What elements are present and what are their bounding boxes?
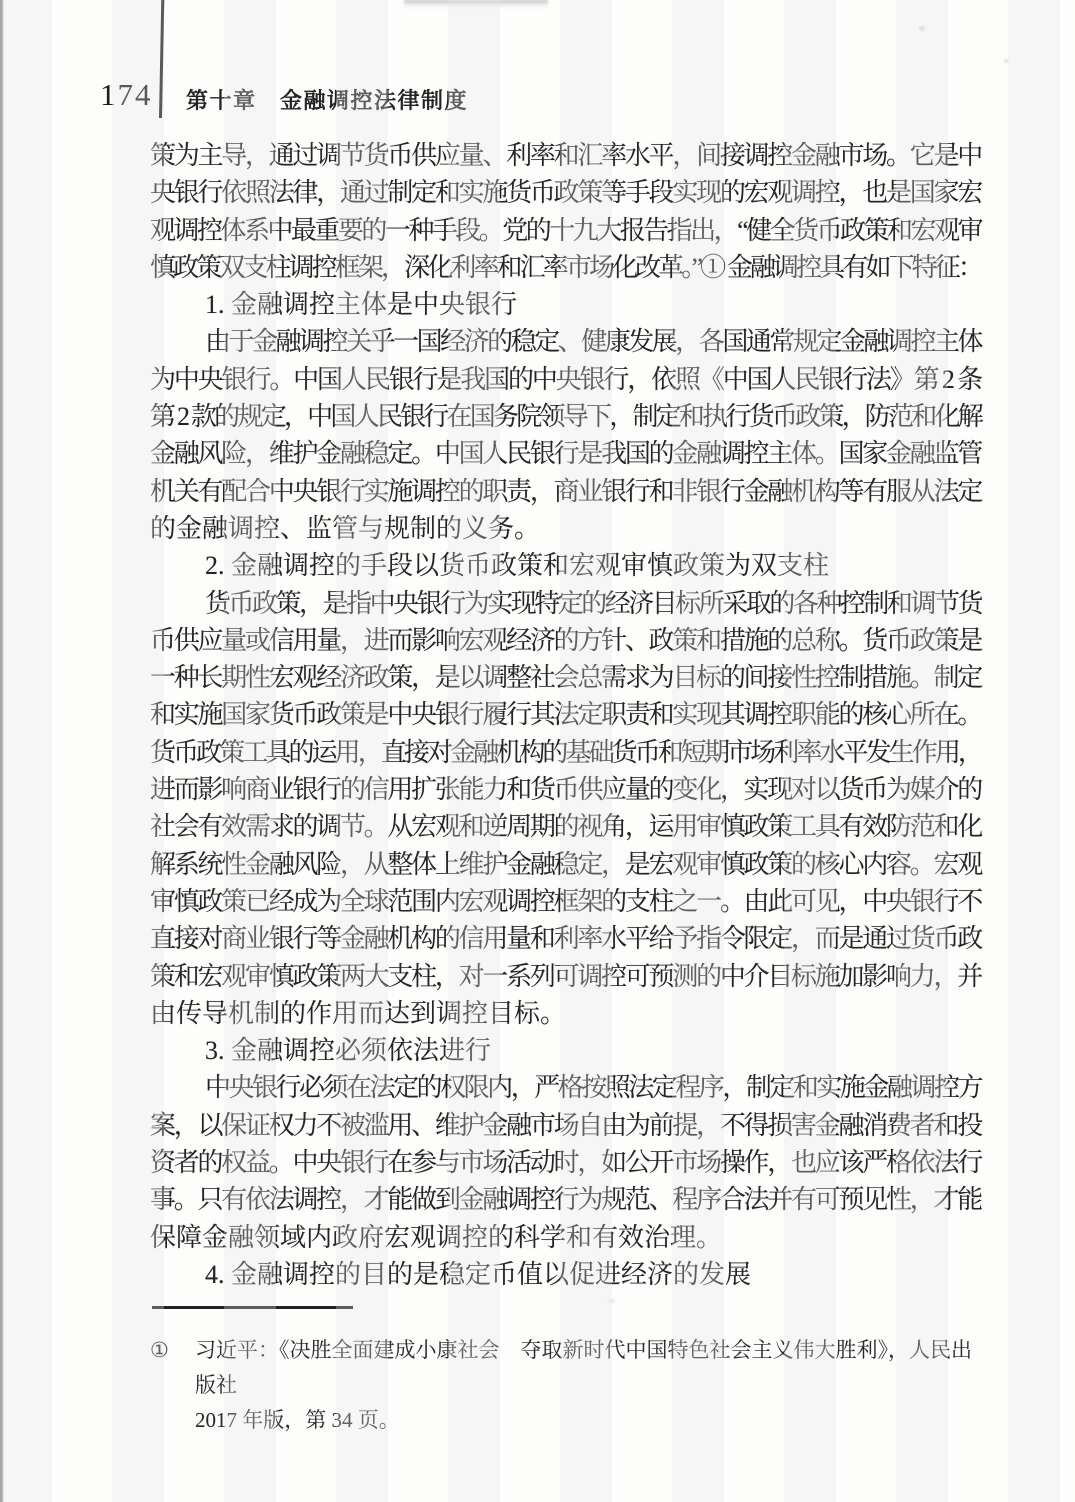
section-heading-4: 4. 金融调控的目的是稳定币值以促进经济的发展 [150, 1256, 981, 1293]
body-line: 为中央银行。中国人民银行是我国的中央银行，依照《中国人民银行法》第 2 条 [150, 361, 981, 398]
header-divider [159, 0, 164, 118]
section-heading-3: 3. 金融调控必须依法进行 [150, 1032, 981, 1069]
body-line: 货币政策工具的运用，直接对金融机构的基础货币和短期市场利率水平发生作用， [150, 734, 981, 771]
chapter-title: 第十章 金融调控法律制度 [186, 84, 468, 115]
scan-top-smudge-artifact [404, 0, 548, 9]
body-line: 中央银行必须在法定的权限内，严格按照法定程序，制定和实施金融调控方 [150, 1069, 981, 1106]
section-heading-2: 2. 金融调控的手段以货币政策和宏观审慎政策为双支柱 [150, 547, 981, 584]
body-text: 策为主导，通过调节货币供应量、利率和汇率水平，间接调控金融市场。它是中 央银行依… [150, 137, 981, 1293]
body-line: 机关有配合中央银行实施调控的职责，商业银行和非银行金融机构等有服从法定 [150, 473, 981, 510]
footnote-text: 习近平：《决胜全面建成小康社会 夺取新时代中国特色社会主义伟大胜利》，人民出版社… [195, 1333, 990, 1438]
body-line: 观调控体系中最重要的一种手段。党的十九大报告指出，“健全货币政策和宏观审 [150, 212, 981, 249]
page-number: 174 [100, 77, 153, 113]
scan-speck-artifact [919, 26, 925, 31]
body-line: 由于金融调控关乎一国经济的稳定、健康发展，各国通常规定金融调控主体 [150, 323, 981, 360]
body-line: 直接对商业银行等金融机构的信用量和利率水平给予指令限定，而是通过货币政 [150, 920, 981, 957]
scan-speck-artifact [608, 1299, 615, 1303]
body-line: 一种长期性宏观经济政策，是以调整社会总需求为目标的间接性控制措施。制定 [150, 659, 981, 696]
body-line: 币供应量或信用量，进而影响宏观经济的方针、政策和措施的总称。货币政策是 [150, 622, 981, 659]
body-line: 策和宏观审慎政策两大支柱，对一系列可调控可预测的中介目标施加影响力，并 [150, 958, 981, 995]
body-line: 慎政策双支柱调控框架，深化利率和汇率市场化改革。”① 金融调控具有如下特征： [150, 249, 981, 286]
footnote-line: 习近平：《决胜全面建成小康社会 夺取新时代中国特色社会主义伟大胜利》，人民出版社 [195, 1333, 990, 1403]
scan-speck-artifact [1004, 59, 1009, 63]
section-heading-1: 1. 金融调控主体是中央银行 [150, 286, 981, 323]
footnote: ① 习近平：《决胜全面建成小康社会 夺取新时代中国特色社会主义伟大胜利》，人民出… [150, 1333, 990, 1438]
body-line: 和实施国家货币政策是中央银行履行其法定职责和实现其调控职能的核心所在。 [150, 696, 981, 733]
body-line: 第 2 款的规定，中国人民银行在国务院领导下，制定和执行货币政策，防范和化解 [150, 398, 981, 435]
body-line: 货币政策，是指中央银行为实现特定的经济目标所采取的各种控制和调节货 [150, 585, 981, 622]
body-line: 金融风险，维护金融稳定。中国人民银行是我国的金融调控主体。国家金融监管 [150, 435, 981, 472]
body-line: 保障金融领域内政府宏观调控的科学和有效治理。 [150, 1219, 981, 1256]
book-page: 174 第十章 金融调控法律制度 策为主导，通过调节货币供应量、利率和汇率水平，… [0, 0, 1075, 1502]
body-line: 由传导机制的作用而达到调控目标。 [150, 995, 981, 1032]
footnote-divider [152, 1306, 353, 1309]
body-line: 案，以保证权力不被滥用、维护金融市场自由为前提，不得损害金融消费者和投 [150, 1107, 981, 1144]
body-line: 社会有效需求的调节。从宏观和逆周期的视角，运用审慎政策工具有效防范和化 [150, 808, 981, 845]
footnote-marker: ① [150, 1333, 195, 1438]
body-line: 资者的权益。中央银行在参与市场活动时，如公开市场操作，也应该严格依法行 [150, 1144, 981, 1181]
body-line: 解系统性金融风险，从整体上维护金融稳定，是宏观审慎政策的核心内容。宏观 [150, 846, 981, 883]
body-line: 审慎政策已经成为全球范围内宏观调控框架的支柱之一。由此可见，中央银行不 [150, 883, 981, 920]
body-line: 事。只有依法调控，才能做到金融调控行为规范、程序合法并有可预见性，才能 [150, 1181, 981, 1218]
body-line: 的金融调控、监管与规制的义务。 [150, 510, 981, 547]
scan-left-edge-artifact [0, 0, 4, 1502]
body-line: 策为主导，通过调节货币供应量、利率和汇率水平，间接调控金融市场。它是中 [150, 137, 981, 174]
body-line: 进而影响商业银行的信用扩张能力和货币供应量的变化，实现对以货币为媒介的 [150, 771, 981, 808]
body-line: 央银行依照法律，通过制定和实施货币政策等手段实现的宏观调控，也是国家宏 [150, 174, 981, 211]
footnote-line: 2017 年版，第 34 页。 [195, 1403, 990, 1438]
